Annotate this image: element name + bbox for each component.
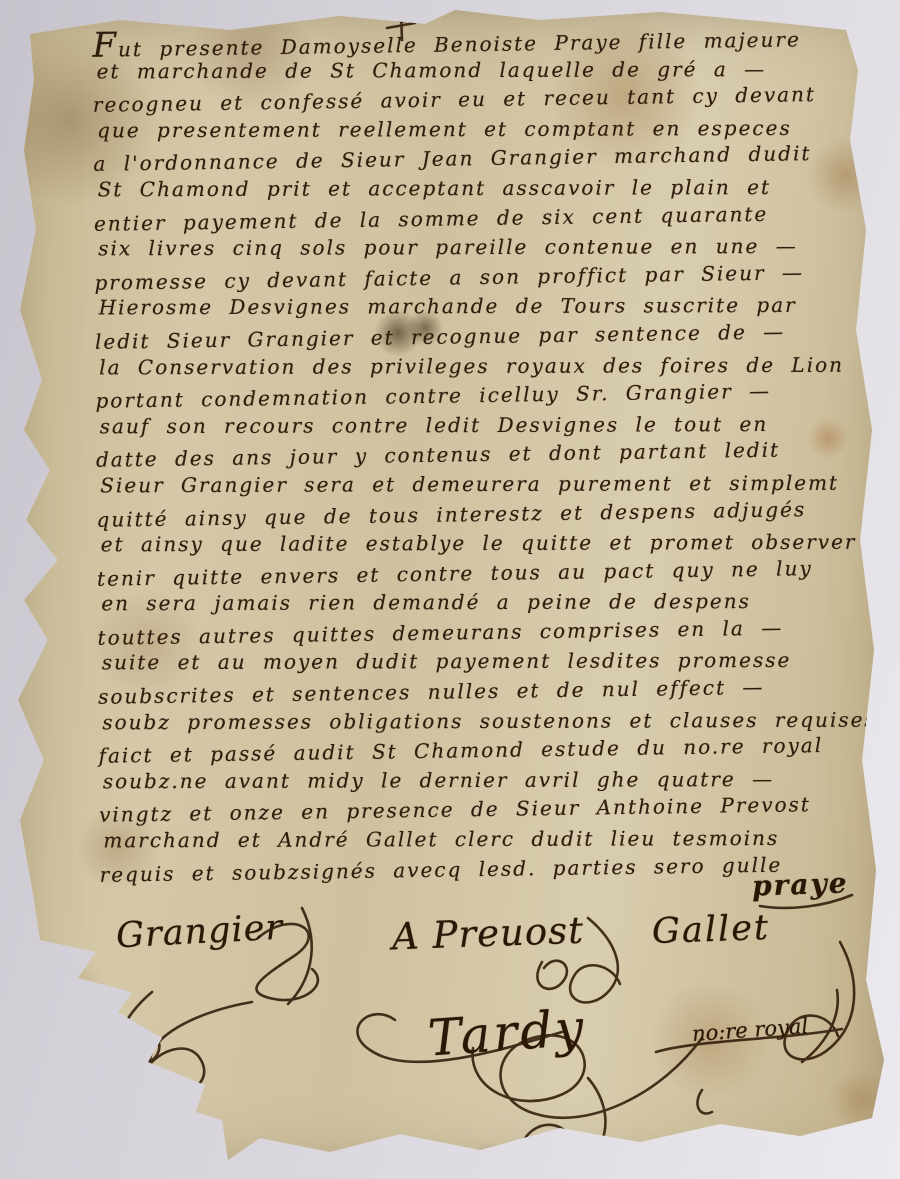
signature-gallet: Gallet — [651, 908, 770, 952]
signature-preuost: A Preuost — [391, 909, 584, 959]
photo-of-manuscript: { "colors":{ "backdrop":"#d6d3da", "pape… — [0, 0, 900, 1179]
paper-sheet: Fut presente Damoyselle Benoiste Praye f… — [0, 0, 900, 1179]
signature-praye: praye — [751, 866, 849, 902]
manuscript-text: Fut presente Damoyselle Benoiste Praye f… — [92, 23, 875, 888]
signature-tardy-notary: Tardy — [426, 999, 588, 1068]
